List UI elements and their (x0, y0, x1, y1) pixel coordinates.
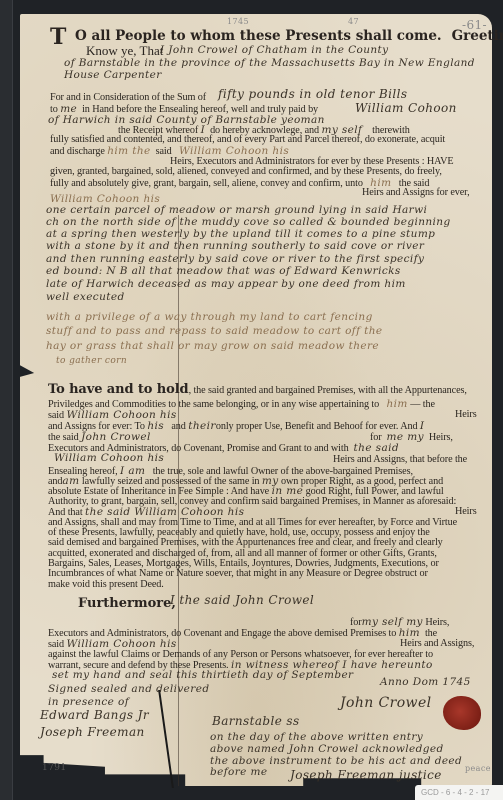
description-line: and then running easterly by said cove o… (46, 254, 424, 265)
wax-seal (443, 696, 481, 730)
printed-line: Incumbrances of what Name or Nature soev… (48, 569, 428, 579)
printed-line: said demised and bargained Premises, wit… (48, 538, 443, 548)
grantor-place-hand: of Barnstable in the province of the Mas… (64, 58, 475, 69)
printed-line: fully satisfied and contented, and there… (50, 135, 445, 145)
grantor-hand: I the said John Crowel (170, 595, 314, 606)
signed-sealed: Signed sealed and delivered (48, 684, 209, 695)
date-hand: Anno Dom 1745 (380, 677, 471, 688)
description-line: well executed (46, 292, 125, 303)
pencil-note: peace (465, 763, 491, 774)
description-line: at a spring then westerly by the upland … (46, 229, 435, 240)
witness-signature: Joseph Freeman (40, 727, 145, 738)
acknowledgment-line: on the day of the above written entry (210, 732, 423, 743)
witness-signature: Edward Bangs Jr (40, 710, 149, 721)
furthermore-heading: Furthermore, (78, 596, 176, 611)
number-annotation: 47 (348, 16, 359, 27)
heading-text: O all People to whom these Presents shal… (75, 28, 442, 44)
grantee-hand: William Cohoon his (54, 453, 164, 464)
printed-line: make void this present Deed. (48, 580, 164, 590)
habendum-line: To have and to hold, the said granted an… (48, 385, 467, 396)
printed-line: Heirs and Assigns, (400, 639, 474, 649)
privilege-line: to gather corn (56, 356, 127, 367)
year-annotation: 1745 (227, 16, 249, 27)
deed-heading: O all People to whom these Presents shal… (75, 28, 503, 44)
decorated-initial: T (50, 26, 72, 48)
printed-line: Heirs (455, 410, 477, 420)
printed-line: given, granted, bargained, sold, aliened… (50, 167, 442, 177)
privilege-line: hay or grass that shall or may grow on s… (46, 341, 379, 352)
greeting-word: Greeting. (452, 28, 503, 44)
archive-label: GCD - 6 - 4 - 2 - 17 (415, 785, 503, 800)
printed-line: For and in Consideration of the Sum of (50, 93, 206, 103)
printed-line: the said John Crowel (48, 432, 151, 443)
acknowledgment-line: Barnstable ss (212, 716, 300, 727)
in-presence-of: in presence of (48, 697, 129, 708)
grantee-hand: William Cohoon (355, 103, 457, 114)
testimonium-hand: set my hand and seal this thirtieth day … (52, 670, 353, 681)
description-line: ed bound: N B all that meadow that was o… (46, 266, 401, 277)
printed-line: Heirs and Assigns, that before the (333, 455, 467, 465)
description-line: late of Harwich deceased as may appear b… (46, 279, 406, 290)
description-line: with a stone by it and then running sout… (46, 241, 424, 252)
printed-line: Heirs (455, 507, 477, 517)
acknowledgment-line: above named John Crowel acknowledged (210, 744, 444, 755)
description-line: ch on the north side of the muddy cove s… (46, 217, 451, 228)
privilege-line: with a privilege of a way through my lan… (46, 312, 373, 323)
grantor-trade-hand: House Carpenter (64, 70, 162, 81)
price-hand: fifty pounds in old tenor Bills (218, 89, 407, 100)
archive-mark: 1791 (42, 763, 67, 774)
printed-line: Heirs and Assigns for ever, (362, 188, 470, 198)
description-line: one certain parcel of meadow or marsh gr… (46, 205, 427, 216)
acknowledgment-line: before me (210, 767, 267, 778)
grantor-hand: I John Crowel of Chatham in the County (160, 45, 389, 56)
privilege-line: stuff and to pass and repass to said mea… (46, 326, 383, 337)
mount-edge (0, 0, 13, 800)
grantor-signature: John Crowel (340, 698, 432, 709)
justice-signature: Joseph Freeman justice (290, 770, 442, 781)
